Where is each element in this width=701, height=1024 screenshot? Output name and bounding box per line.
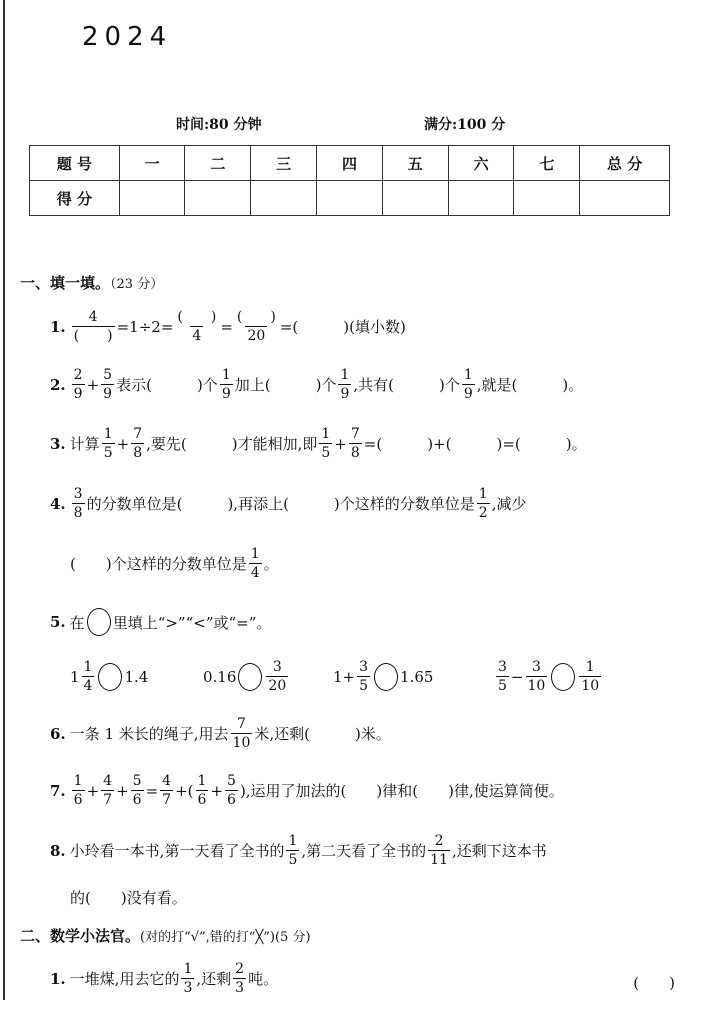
- text: ,还剩下这本书: [452, 840, 547, 861]
- numerator: 5: [101, 368, 114, 384]
- denominator: 5: [102, 443, 115, 460]
- score-header-2: 二: [185, 146, 251, 181]
- question-number: 6.: [50, 725, 66, 743]
- score-cell-4[interactable]: [317, 181, 383, 216]
- numerator: 4: [160, 774, 173, 790]
- s1-question-7: 7. 16 + 47 + 56 = 47 +( 16 + 56 ),运用了加法的…: [50, 774, 564, 807]
- score-cell-6[interactable]: [448, 181, 514, 216]
- answer-blank-text[interactable]: ( )个这样的分数单位是: [70, 553, 247, 574]
- denominator: 5: [496, 676, 509, 693]
- answer-blank-text[interactable]: 加上( )个: [235, 374, 337, 395]
- numerator: 3: [271, 660, 284, 676]
- numerator: 1: [82, 660, 95, 676]
- fraction: 12: [477, 487, 490, 520]
- minus-sign: −: [511, 668, 524, 686]
- section2-title-text: 二、数学小法官。: [20, 927, 140, 945]
- plus-sign: +: [210, 782, 223, 800]
- numerator: 4: [101, 774, 114, 790]
- denominator: 8: [131, 443, 144, 460]
- question-number: 1.: [50, 318, 66, 336]
- fraction: 15: [286, 834, 299, 867]
- fraction: 78: [131, 427, 144, 460]
- denominator: 4: [249, 563, 262, 580]
- fraction: 56: [131, 774, 144, 807]
- numerator: 7: [349, 427, 362, 443]
- fraction: 16: [72, 774, 85, 807]
- numerator: 1: [220, 368, 233, 384]
- numerator: 1: [181, 962, 194, 978]
- numerator: 3: [357, 660, 370, 676]
- section2-title: 二、数学小法官。(对的打“√”,错的打“╳”)(5 分): [20, 925, 311, 946]
- denominator: 5: [319, 443, 332, 460]
- compare-item-2: 0.16 320: [203, 660, 290, 693]
- score-table-score-row: 得 分: [30, 181, 670, 216]
- fraction: ( )20: [235, 310, 278, 343]
- fraction: 47: [160, 774, 173, 807]
- denominator: 6: [225, 790, 238, 807]
- page-margin-rule: [3, 0, 5, 1000]
- text: ,还剩: [196, 968, 231, 989]
- numerator: 1: [319, 427, 332, 443]
- text: ,减少: [492, 493, 527, 514]
- fraction: 310: [526, 660, 548, 693]
- exam-time: 时间:80 分钟: [176, 114, 262, 134]
- denominator: 7: [160, 790, 173, 807]
- question-number: 5.: [50, 613, 66, 631]
- compare-circle-blank[interactable]: [238, 663, 262, 691]
- compare-circle-blank[interactable]: [374, 663, 398, 691]
- numerator: 5: [131, 774, 144, 790]
- fraction: 13: [181, 962, 194, 995]
- denominator: 7: [101, 790, 114, 807]
- score-cell-total[interactable]: [580, 181, 670, 216]
- compare-circle-blank[interactable]: [98, 663, 122, 691]
- fraction: 47: [101, 774, 114, 807]
- section2-instructions: (对的打“√”,错的打“╳”)(5 分): [140, 930, 311, 945]
- score-header-7: 七: [514, 146, 580, 181]
- answer-blank-text[interactable]: =( )+( )=( )。: [364, 433, 587, 454]
- denominator: 10: [231, 733, 253, 750]
- fraction: 29: [72, 368, 85, 401]
- equals-sign: =: [146, 782, 159, 800]
- denominator: 9: [220, 384, 233, 401]
- compare-item-1: 1 14 1.4: [70, 660, 148, 693]
- numerator: 7: [131, 427, 144, 443]
- denominator: 11: [428, 850, 450, 867]
- fraction: 15: [102, 427, 115, 460]
- value: 1.4: [124, 668, 148, 686]
- answer-blank-text[interactable]: ,就是( )。: [477, 374, 583, 395]
- numerator: 4: [87, 310, 100, 326]
- text: +(: [175, 782, 193, 800]
- numerator: 3: [530, 660, 543, 676]
- fraction: 59: [101, 368, 114, 401]
- s1-question-6: 6. 一条 1 米长的绳子,用去 710 米,还剩( )米。: [50, 717, 391, 750]
- answer-blank-text[interactable]: ,共有( )个: [353, 374, 459, 395]
- plus-sign: +: [87, 782, 100, 800]
- text: ,第二天看了全书的: [301, 840, 426, 861]
- question-number: 7.: [50, 782, 66, 800]
- answer-blank-text[interactable]: ),运用了加法的( )律和( )律,使运算简便。: [240, 780, 564, 801]
- denominator: 3: [181, 978, 194, 995]
- fraction: 211: [428, 834, 450, 867]
- score-table-header-row: 题 号 一 二 三 四 五 六 七 总 分: [30, 146, 670, 181]
- text: 计算: [70, 433, 100, 454]
- score-row-label: 得 分: [30, 181, 120, 216]
- fraction: 110: [579, 660, 601, 693]
- denominator: 9: [101, 384, 114, 401]
- s2-question-1: 1. 一堆煤,用去它的 13 ,还剩 23 吨。: [50, 962, 278, 995]
- fraction: 56: [225, 774, 238, 807]
- score-header-6: 六: [448, 146, 514, 181]
- fraction: 320: [266, 660, 288, 693]
- text: 在: [70, 612, 85, 633]
- denominator: 3: [233, 978, 246, 995]
- s1-question-3: 3. 计算 15 + 78 ,要先( )才能相加,即 15 + 78 =( )+…: [50, 427, 587, 460]
- s1-question-1: 1. 4( ) =1÷2= ( )4 = ( )20 =( )(填小数): [50, 310, 406, 343]
- score-cell-3[interactable]: [251, 181, 317, 216]
- denominator: 9: [462, 384, 475, 401]
- numerator: 5: [225, 774, 238, 790]
- question-number: 8.: [50, 842, 66, 860]
- plus-sign: +: [117, 435, 130, 453]
- denominator: 6: [72, 790, 85, 807]
- numerator: 1: [196, 774, 209, 790]
- numerator: 2: [433, 834, 446, 850]
- numerator: 1: [286, 834, 299, 850]
- s1-question-8: 8. 小玲看一本书,第一天看了全书的 15 ,第二天看了全书的 211 ,还剩下…: [50, 834, 547, 867]
- denominator: 6: [196, 790, 209, 807]
- compare-circle-blank[interactable]: [551, 663, 575, 691]
- numerator: 1: [477, 487, 490, 503]
- text: =: [220, 318, 233, 336]
- denominator: 4: [190, 326, 203, 343]
- fraction: 19: [462, 368, 475, 401]
- s1-question-4: 4. 38 的分数单位是( ),再添上( )个这样的分数单位是 12 ,减少: [50, 487, 526, 520]
- score-table: 题 号 一 二 三 四 五 六 七 总 分 得 分: [29, 145, 670, 216]
- fraction: 19: [338, 368, 351, 401]
- value: 1+: [333, 668, 355, 686]
- denominator-blank[interactable]: ( ): [72, 326, 115, 343]
- score-header-total: 总 分: [580, 146, 670, 181]
- numerator: 2: [233, 962, 246, 978]
- denominator: 8: [72, 503, 85, 520]
- fraction: 35: [496, 660, 509, 693]
- s1-question-4-cont: ( )个这样的分数单位是 14 。: [70, 547, 279, 580]
- denominator: 5: [286, 850, 299, 867]
- score-header-label: 题 号: [30, 146, 120, 181]
- numerator-blank[interactable]: ( ): [235, 310, 278, 326]
- numerator: 2: [72, 368, 85, 384]
- text: 里填上“>”“<”或“=”。: [113, 612, 272, 633]
- exam-year: 2024: [82, 22, 172, 52]
- answer-blank-text[interactable]: ,要先( )才能相加,即: [146, 433, 317, 454]
- fraction: 710: [231, 717, 253, 750]
- section1-title: 一、填一填。（23 分）: [20, 272, 163, 293]
- whole-number: 1: [70, 668, 80, 686]
- fraction: 15: [319, 427, 332, 460]
- denominator: 10: [579, 676, 601, 693]
- score-header-5: 五: [382, 146, 448, 181]
- answer-blank-text[interactable]: 表示( )个: [116, 374, 218, 395]
- text: =1÷2=: [117, 318, 174, 336]
- judge-answer-blank[interactable]: ( ): [633, 972, 675, 993]
- numerator-blank[interactable]: ( ): [175, 310, 218, 326]
- denominator: 5: [357, 676, 370, 693]
- value: 1.65: [400, 668, 433, 686]
- score-cell-7[interactable]: [514, 181, 580, 216]
- question-number: 1.: [50, 970, 66, 988]
- fraction: ( )4: [175, 310, 218, 343]
- s1-question-8-cont: 的( )没有看。: [70, 887, 187, 908]
- text: 吨。: [248, 968, 278, 989]
- fraction: 14: [249, 547, 262, 580]
- plus-sign: +: [116, 782, 129, 800]
- fraction: 35: [357, 660, 370, 693]
- denominator: 4: [82, 676, 95, 693]
- fraction: 4( ): [72, 310, 115, 343]
- answer-blank-text[interactable]: 的( )没有看。: [70, 887, 187, 908]
- text: 一条 1 米长的绳子,用去: [70, 723, 229, 744]
- question-number: 4.: [50, 495, 66, 513]
- score-cell-5[interactable]: [382, 181, 448, 216]
- circle-icon: [87, 608, 111, 636]
- numerator: 1: [72, 774, 85, 790]
- answer-blank-text[interactable]: 米,还剩( )米。: [254, 723, 390, 744]
- numerator: 1: [249, 547, 262, 563]
- text: 小玲看一本书,第一天看了全书的: [70, 840, 285, 861]
- numerator: 1: [338, 368, 351, 384]
- question-number: 2.: [50, 376, 66, 394]
- answer-blank-text[interactable]: 的分数单位是( ),再添上( )个这样的分数单位是: [87, 493, 475, 514]
- score-header-3: 三: [251, 146, 317, 181]
- value: 0.16: [203, 668, 236, 686]
- numerator: 1: [462, 368, 475, 384]
- compare-item-3: 1+ 35 1.65: [333, 660, 433, 693]
- section1-title-text: 一、填一填。: [20, 274, 110, 292]
- denominator: 9: [72, 384, 85, 401]
- s1-question-5: 5. 在 里填上“>”“<”或“=”。: [50, 608, 271, 636]
- fraction: 38: [72, 487, 85, 520]
- text: 。: [264, 553, 279, 574]
- denominator: 10: [526, 676, 548, 693]
- numerator: 3: [72, 487, 85, 503]
- text: 一堆煤,用去它的: [70, 968, 180, 989]
- numerator: 7: [235, 717, 248, 733]
- fraction: 78: [349, 427, 362, 460]
- question-number: 3.: [50, 435, 66, 453]
- numerator: 1: [584, 660, 597, 676]
- exam-full-score: 满分:100 分: [424, 114, 505, 134]
- compare-item-4: 35 − 310 110: [494, 660, 603, 693]
- score-header-4: 四: [317, 146, 383, 181]
- denominator: 8: [349, 443, 362, 460]
- numerator: 1: [102, 427, 115, 443]
- answer-blank-text[interactable]: =( )(填小数): [280, 316, 406, 337]
- numerator: 3: [496, 660, 509, 676]
- score-cell-2[interactable]: [185, 181, 251, 216]
- s1-question-2: 2. 29 + 59 表示( )个 19 加上( )个 19 ,共有( )个 1…: [50, 368, 583, 401]
- denominator: 20: [245, 326, 267, 343]
- section1-points: （23 分）: [110, 277, 163, 292]
- score-header-1: 一: [119, 146, 185, 181]
- plus-sign: +: [334, 435, 347, 453]
- fraction: 16: [196, 774, 209, 807]
- fraction: 14: [82, 660, 95, 693]
- fraction: 19: [220, 368, 233, 401]
- score-cell-1[interactable]: [119, 181, 185, 216]
- denominator: 20: [266, 676, 288, 693]
- denominator: 2: [477, 503, 490, 520]
- denominator: 6: [131, 790, 144, 807]
- plus-sign: +: [87, 376, 100, 394]
- denominator: 9: [338, 384, 351, 401]
- fraction: 23: [233, 962, 246, 995]
